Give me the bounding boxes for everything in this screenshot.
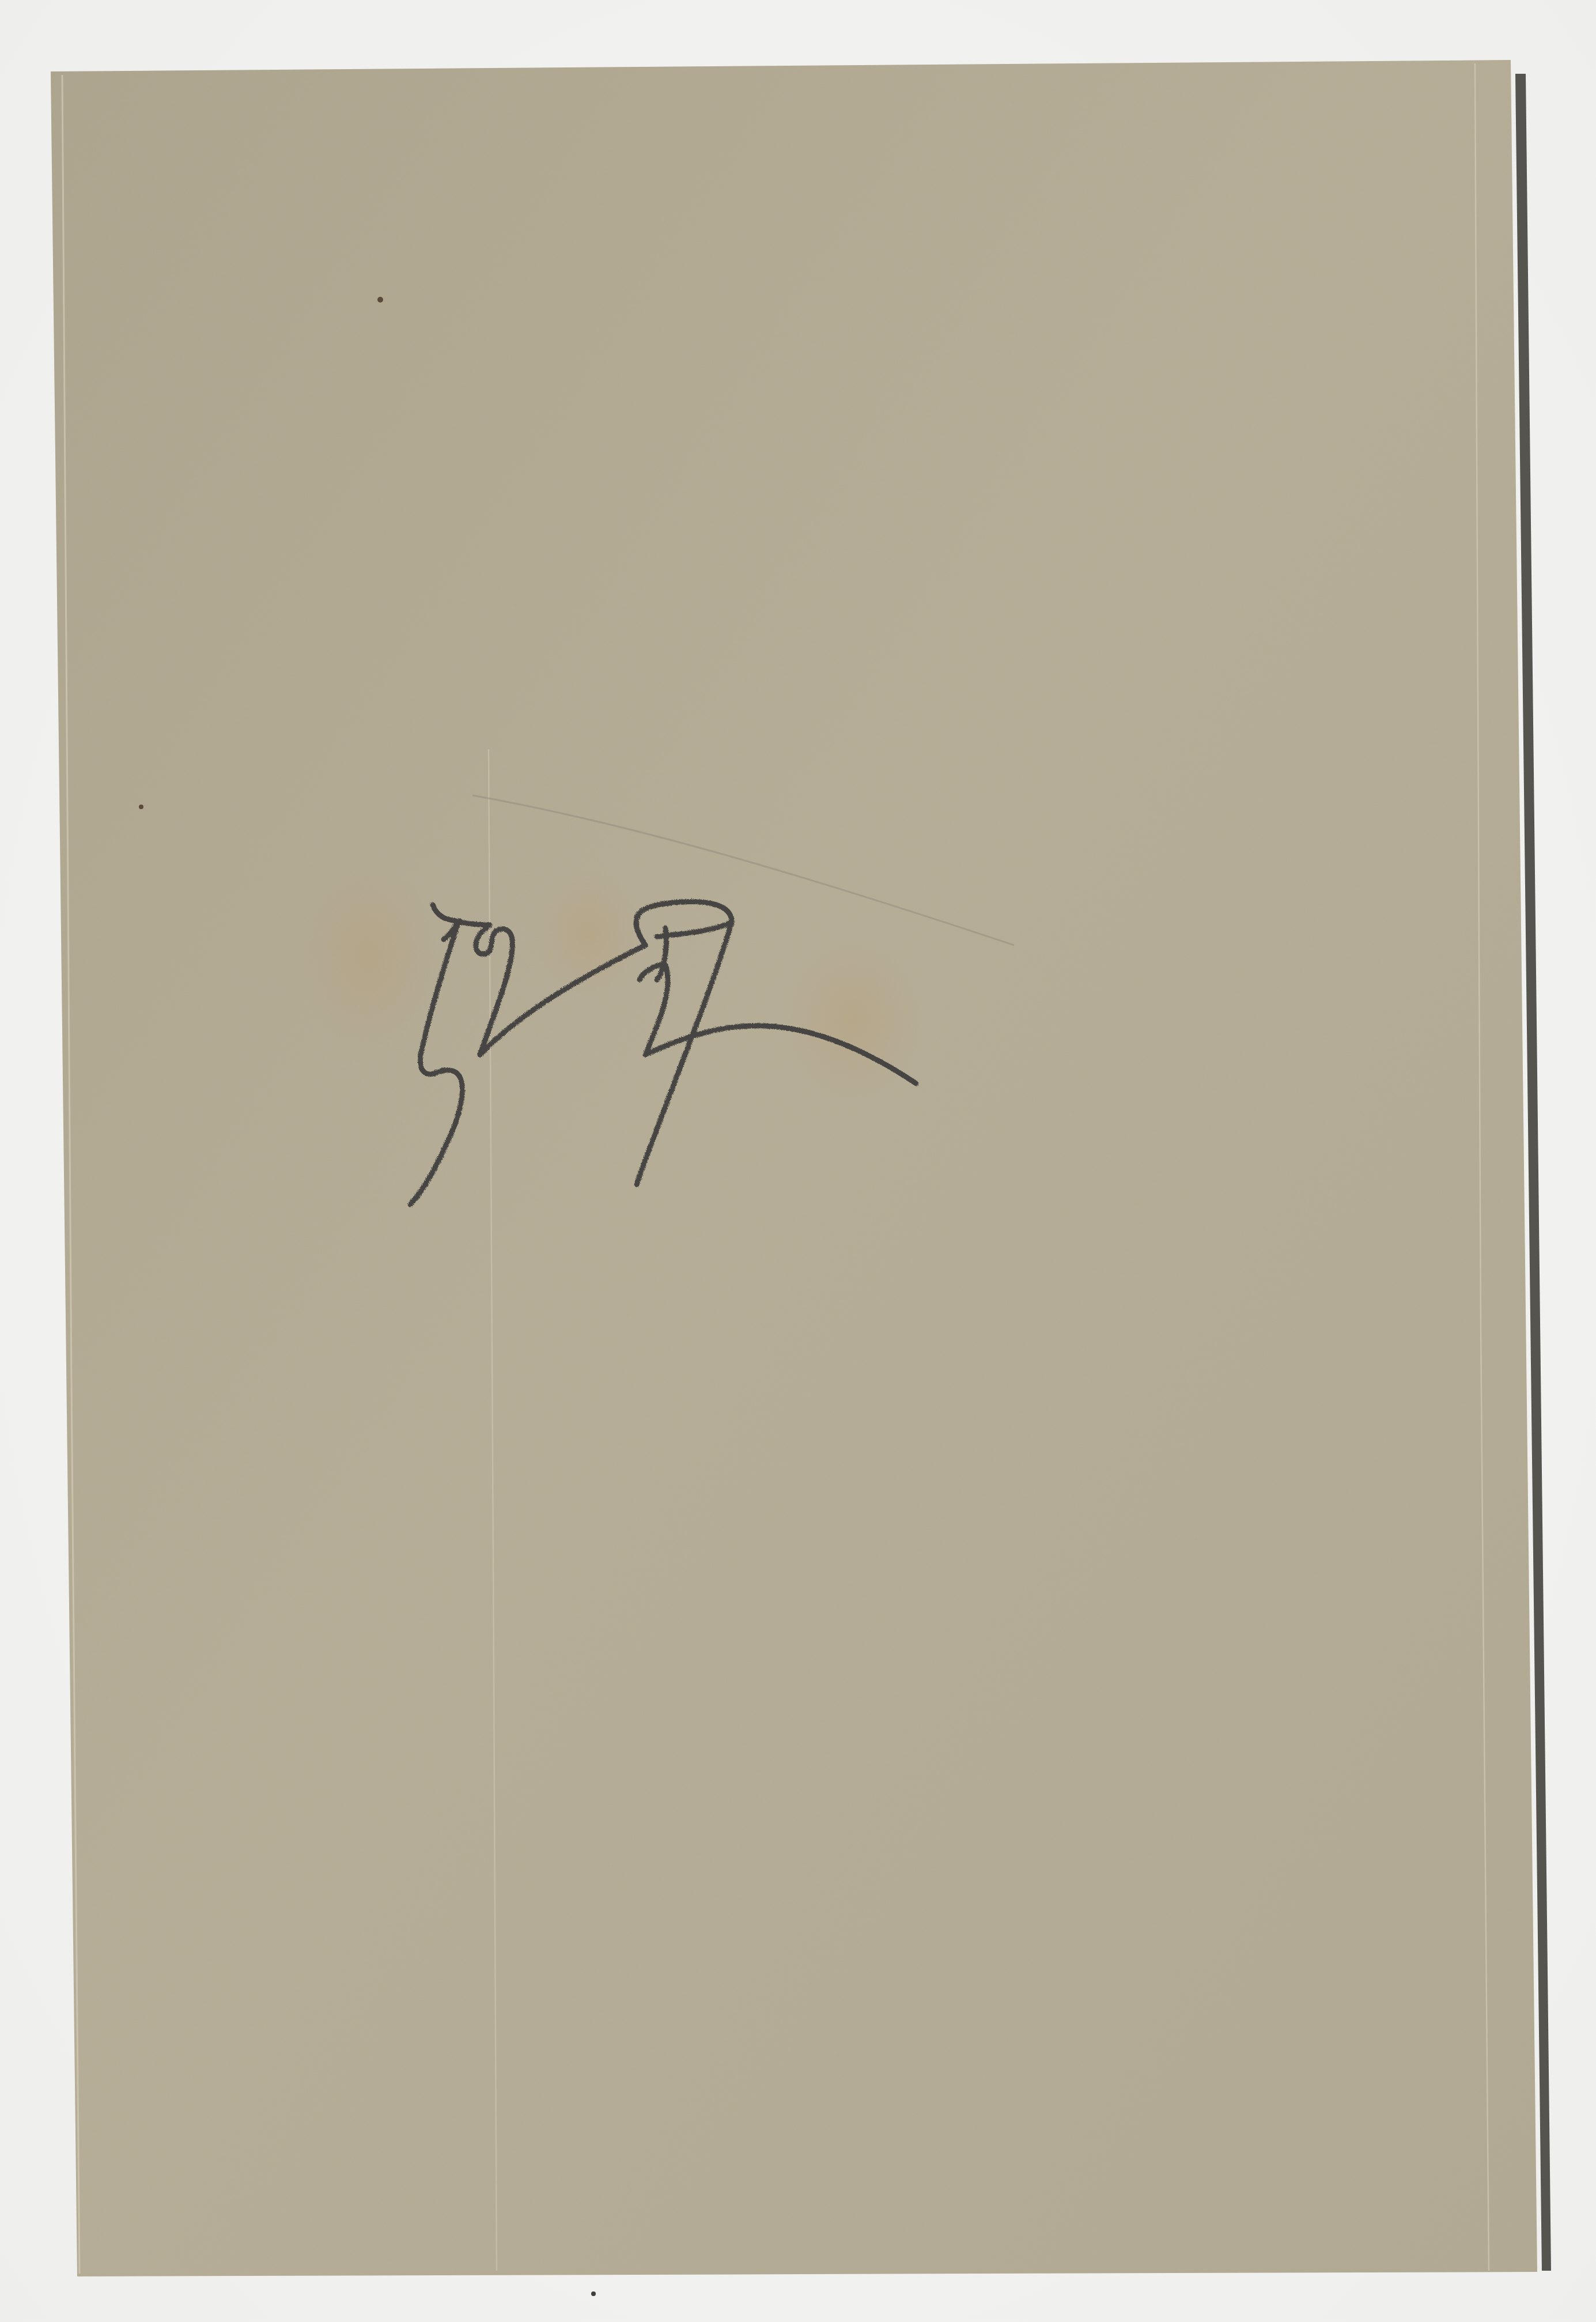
speck (591, 2291, 596, 2296)
stain (300, 864, 438, 1049)
speck (139, 805, 143, 809)
speck (377, 297, 383, 303)
paper-sheet: 5292 (0, 0, 1596, 2322)
